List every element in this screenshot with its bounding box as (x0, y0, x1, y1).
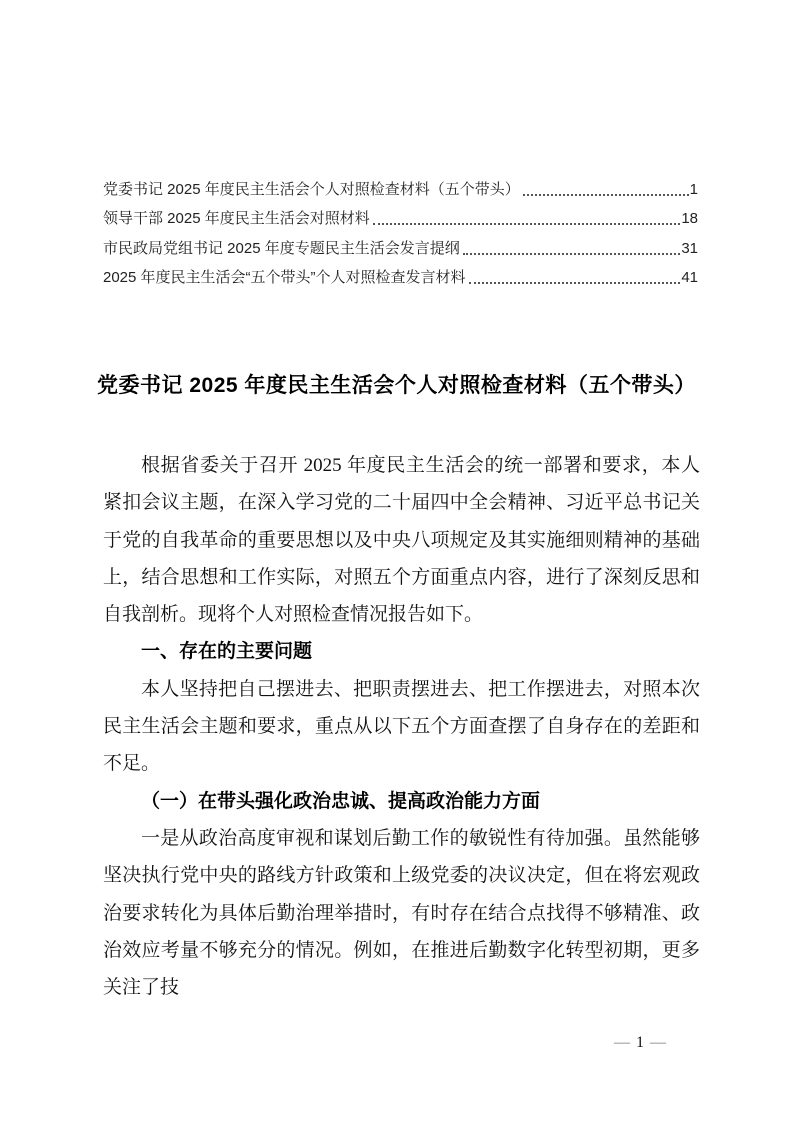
toc-dotted-leader (469, 282, 681, 284)
toc-entry-title: 党委书记 2025 年度民主生活会个人对照检查材料（五个带头） (103, 179, 520, 201)
toc-entry-title: 领导干部 2025 年度民主生活会对照材料 (103, 208, 370, 230)
table-of-contents: 党委书记 2025 年度民主生活会个人对照检查材料（五个带头） 1 领导干部 2… (103, 171, 698, 289)
section-heading: 一、存在的主要问题 (103, 633, 700, 670)
subsection-heading: （一）在带头强化政治忠诚、提高政治能力方面 (103, 783, 700, 820)
toc-entry[interactable]: 党委书记 2025 年度民主生活会个人对照检查材料（五个带头） 1 (103, 171, 698, 201)
footer-page-number: 1 (636, 1034, 644, 1051)
toc-dotted-leader (373, 223, 681, 225)
body-paragraph: 一是从政治高度审视和谋划后勤工作的敏锐性有待加强。虽然能够坚决执行党中央的路线方… (103, 820, 700, 1006)
toc-entry-page-number: 31 (681, 238, 698, 260)
document-title: 党委书记 2025 年度民主生活会个人对照检查材料（五个带头） (0, 370, 793, 402)
page-number-footer: —1— (595, 1031, 685, 1055)
toc-dotted-leader (463, 253, 681, 255)
toc-entry[interactable]: 领导干部 2025 年度民主生活会对照材料 18 (103, 201, 698, 231)
toc-entry-title: 2025 年度民主生活会“五个带头”个人对照检查发言材料 (103, 267, 466, 289)
toc-entry[interactable]: 市民政局党组书记 2025 年度专题民主生活会发言提纲 31 (103, 230, 698, 260)
document-page: 党委书记 2025 年度民主生活会个人对照检查材料（五个带头） 1 领导干部 2… (0, 0, 793, 1122)
toc-entry-page-number: 18 (681, 208, 698, 230)
toc-entry[interactable]: 2025 年度民主生活会“五个带头”个人对照检查发言材料 41 (103, 260, 698, 290)
toc-dotted-leader (523, 194, 689, 196)
toc-entry-page-number: 41 (681, 267, 698, 289)
document-body: 根据省委关于召开 2025 年度民主生活会的统一部署和要求，本人紧扣会议主题，在… (103, 447, 700, 1006)
footer-left-dash: — (608, 1034, 636, 1051)
footer-right-dash: — (644, 1034, 672, 1051)
toc-entry-page-number: 1 (690, 179, 698, 201)
toc-entry-title: 市民政局党组书记 2025 年度专题民主生活会发言提纲 (103, 238, 460, 260)
body-paragraph: 根据省委关于召开 2025 年度民主生活会的统一部署和要求，本人紧扣会议主题，在… (103, 447, 700, 633)
body-paragraph: 本人坚持把自己摆进去、把职责摆进去、把工作摆进去，对照本次民主生活会主题和要求，… (103, 671, 700, 783)
